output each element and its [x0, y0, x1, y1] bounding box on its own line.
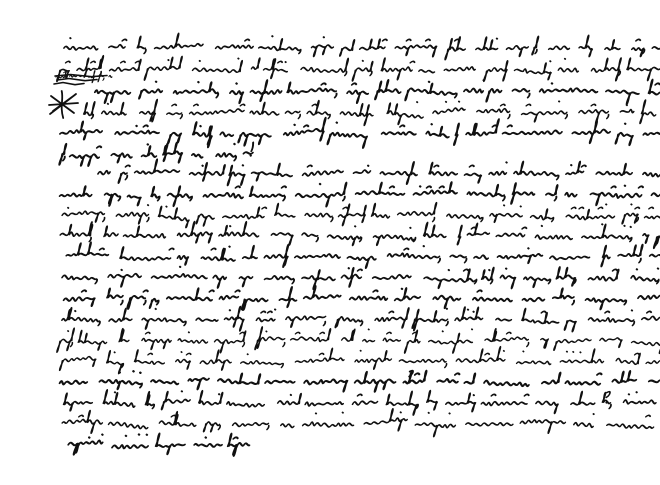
- handwriting-line: [57, 222, 660, 249]
- handwriting-line: [57, 327, 660, 354]
- handwriting-line: [61, 390, 660, 415]
- handwriting-line: [59, 267, 660, 290]
- strikethrough-mark: [57, 79, 97, 81]
- handwriting-line: [61, 33, 660, 59]
- handwriting-line: [59, 203, 660, 228]
- manuscript-page: Handwritten manuscript page (facsimile) …: [40, 16, 660, 469]
- handwriting-line: [58, 371, 660, 392]
- strikethrough-mark: [54, 83, 84, 85]
- handwriting-line: [81, 100, 660, 126]
- handwriting-line: [92, 80, 660, 105]
- ink-layer: [55, 33, 660, 456]
- handwriting-line: [59, 347, 660, 374]
- handwriting-line: [59, 307, 660, 332]
- crossed-out-scribble: [49, 91, 78, 118]
- handwriting-line: [57, 56, 660, 82]
- handwriting-line: [57, 182, 660, 207]
- handwriting-line: [59, 409, 660, 437]
- handwriting-line: [95, 159, 660, 185]
- handwriting-canvas: [40, 16, 660, 469]
- handwriting-line: [57, 118, 660, 148]
- handwriting-line: [63, 242, 660, 268]
- handwriting-line: [61, 286, 660, 310]
